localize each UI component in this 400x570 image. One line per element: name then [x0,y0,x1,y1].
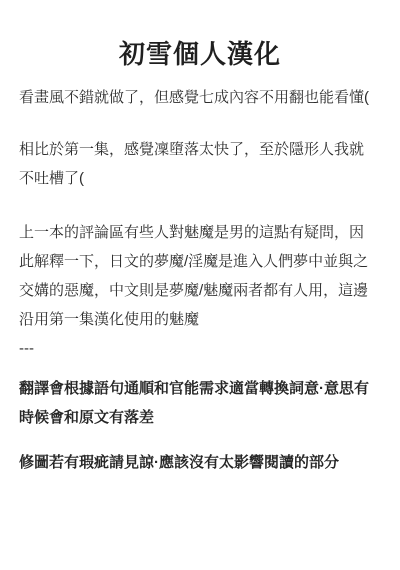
paragraph-intro: 看畫風不錯就做了，但感覺七成內容不用翻也能看懂( [19,83,381,112]
paragraph-translation-note: 翻譯會根據語句通順和官能需求適當轉換詞意·意思有 時候會和原文有落差 [19,374,381,432]
page-title: 初雪個人漢化 [19,38,381,70]
separator-text: --- [19,334,381,363]
credits-page: 初雪個人漢化 看畫風不錯就做了，但感覺七成內容不用翻也能看懂( 相比於第一集，感… [0,0,400,570]
paragraph-explanation: 上一本的評論區有些人對魅魔是男的這點有疑問，因 此解釋一下，日文的夢魔/淫魔是進… [19,218,381,334]
paragraph-retouch-note: 修圖若有瑕疵請見諒·應該沒有太影響閱讀的部分 [19,448,381,477]
paragraph-comment: 相比於第一集，感覺凜墮落太快了，至於隱形人我就 不吐槽了( [19,135,381,193]
